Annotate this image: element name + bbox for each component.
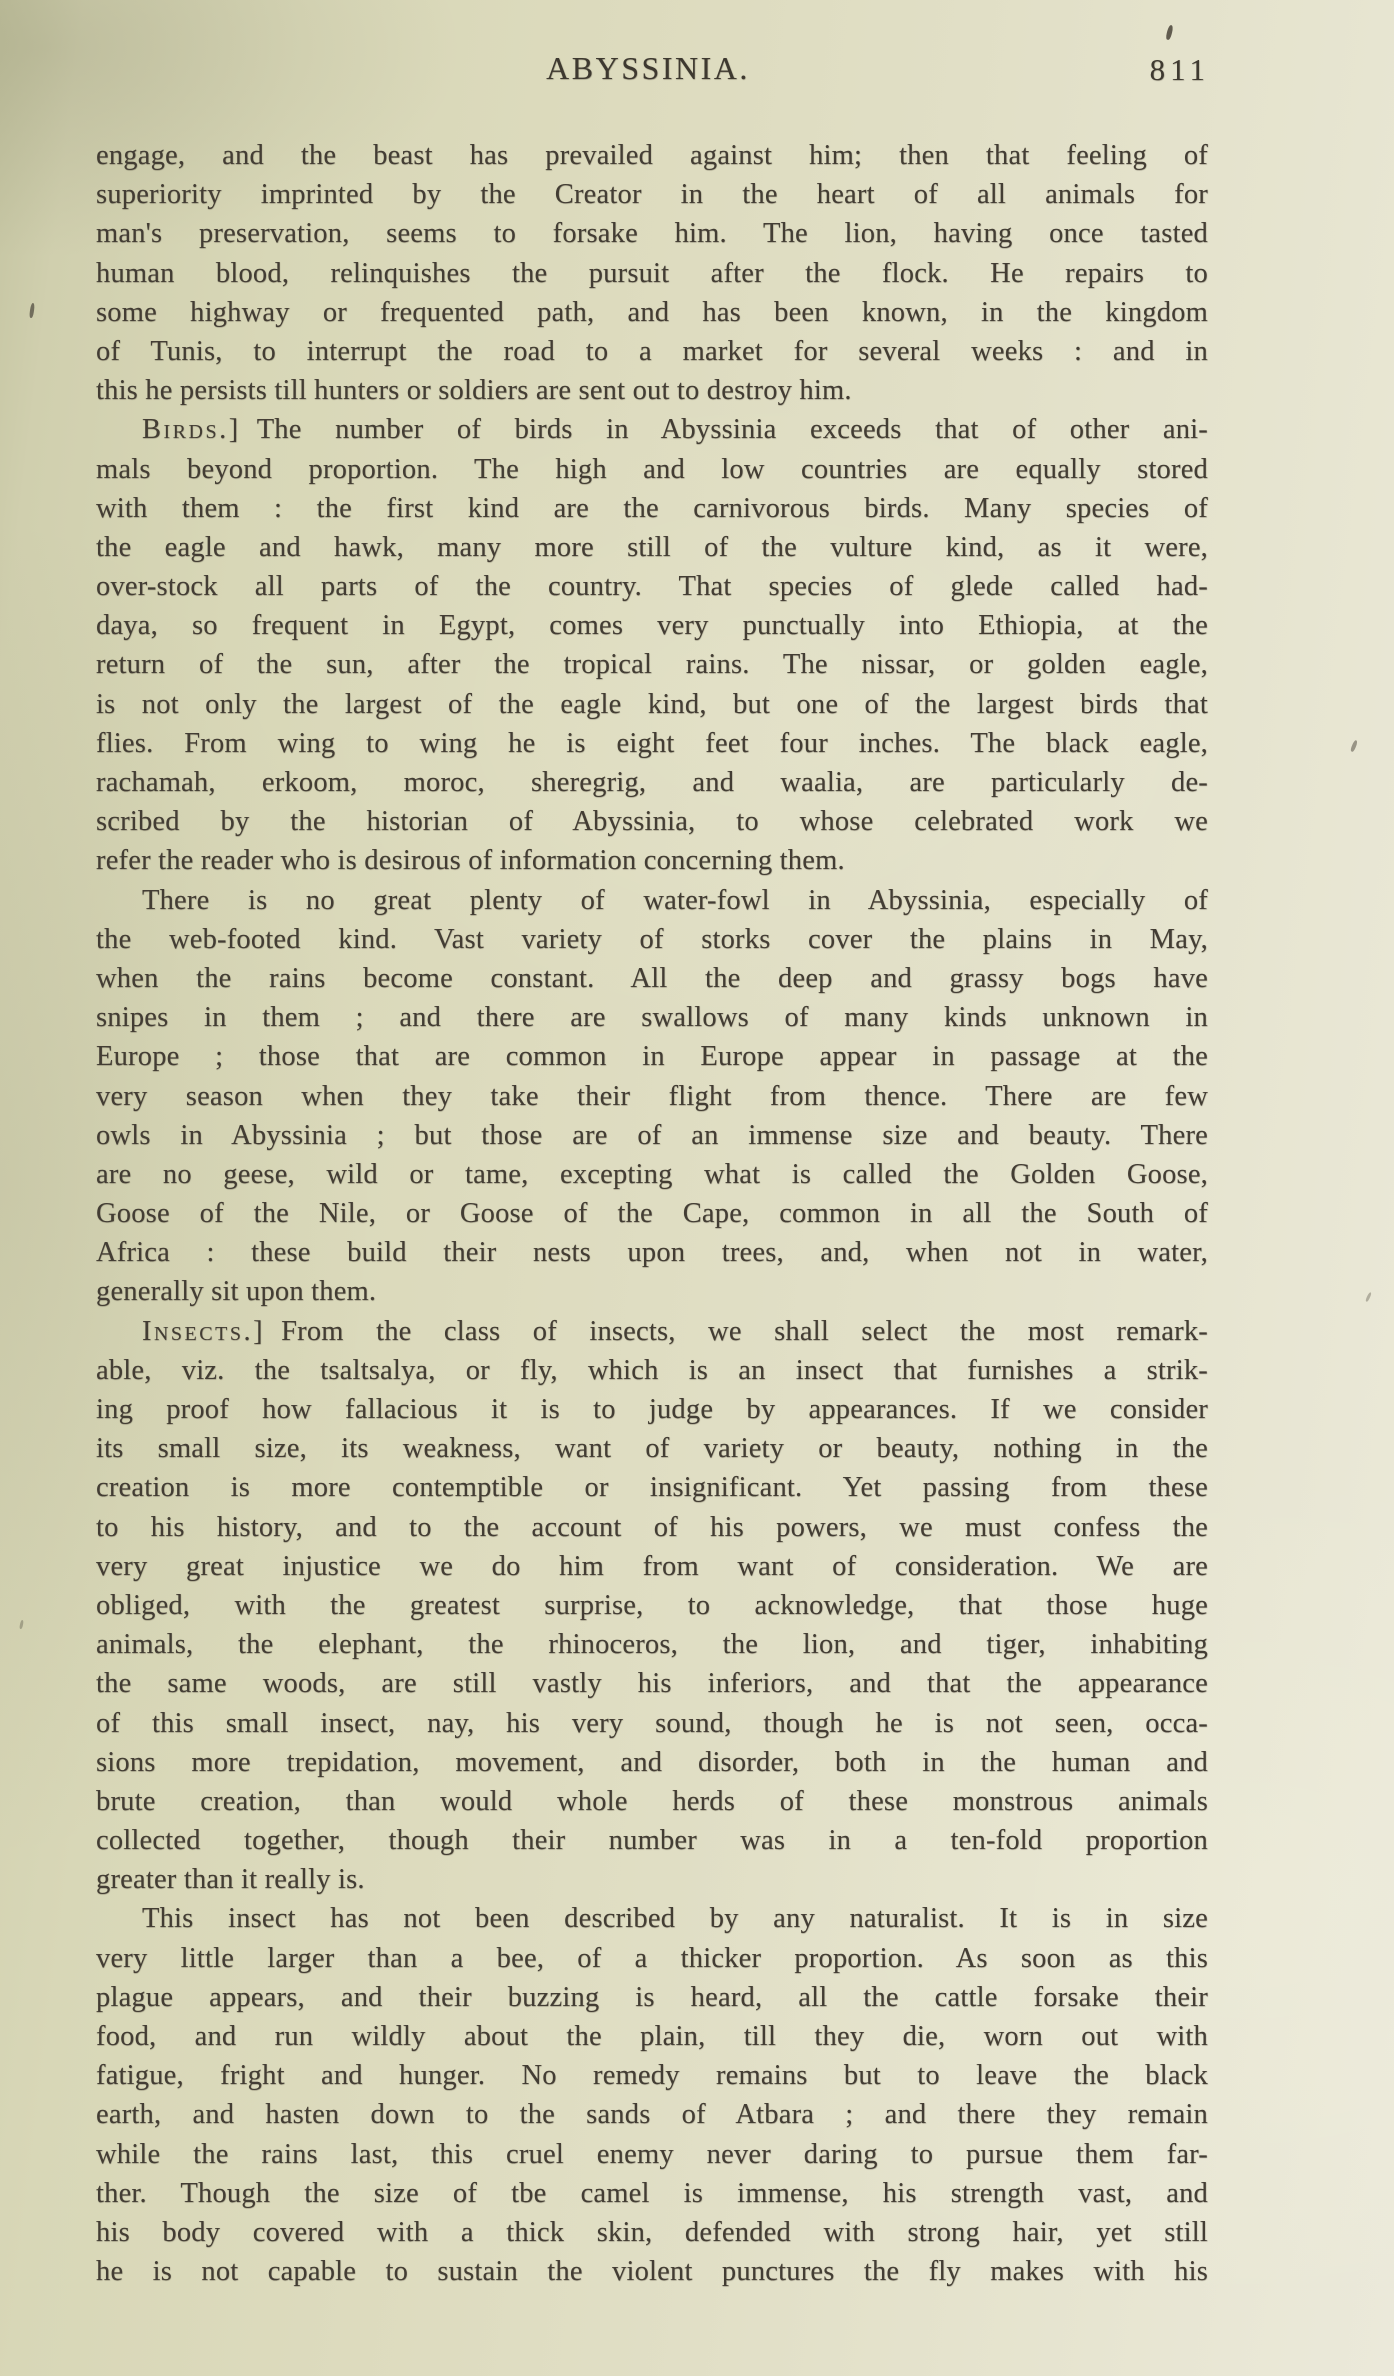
- text-line: very season when they take their flight …: [96, 1077, 1208, 1116]
- text-line: the web-footed kind. Vast variety of sto…: [96, 920, 1208, 959]
- text-line: his body covered with a thick skin, defe…: [96, 2213, 1208, 2252]
- text-line: he is not capable to sustain the violent…: [96, 2252, 1208, 2291]
- text-line: the same woods, are still vastly his inf…: [96, 1664, 1208, 1703]
- text-line: man's preservation, seems to forsake him…: [96, 214, 1208, 253]
- text-line: this he persists till hunters or soldier…: [96, 371, 1208, 410]
- text-line: mals beyond proportion. The high and low…: [96, 450, 1208, 489]
- text-line: animals, the elephant, the rhinoceros, t…: [96, 1625, 1208, 1664]
- text-line: over-stock all parts of the country. Tha…: [96, 567, 1208, 606]
- text-line: the eagle and hawk, many more still of t…: [96, 528, 1208, 567]
- text-line: Africa : these build their nests upon tr…: [96, 1233, 1208, 1272]
- text-line: obliged, with the greatest surprise, to …: [96, 1586, 1208, 1625]
- text-line: of Tunis, to interrupt the road to a mar…: [96, 332, 1208, 371]
- text-line: ing proof how fallacious it is to judge …: [96, 1390, 1208, 1429]
- text-line: able, viz. the tsaltsalya, or fly, which…: [96, 1351, 1208, 1390]
- text-line: owls in Abyssinia ; but those are of an …: [96, 1116, 1208, 1155]
- text-line: to his history, and to the account of hi…: [96, 1508, 1208, 1547]
- text-line: greater than it really is.: [96, 1860, 1208, 1899]
- text-line: with them : the first kind are the carni…: [96, 489, 1208, 528]
- ink-speck: [19, 1620, 24, 1629]
- text-line: food, and run wildly about the plain, ti…: [96, 2017, 1208, 2056]
- text-line: brute creation, than would whole herds o…: [96, 1782, 1208, 1821]
- text-line: very great injustice we do him from want…: [96, 1547, 1208, 1586]
- text-line: superiority imprinted by the Creator in …: [96, 175, 1208, 214]
- text-line: of this small insect, nay, his very soun…: [96, 1704, 1208, 1743]
- text-line: scribed by the historian of Abyssinia, t…: [96, 802, 1208, 841]
- text-line: generally sit upon them.: [96, 1272, 1208, 1311]
- text-line: while the rains last, this cruel enemy n…: [96, 2135, 1208, 2174]
- text-line: is not only the largest of the eagle kin…: [96, 685, 1208, 724]
- text-line: flies. From wing to wing he is eight fee…: [96, 724, 1208, 763]
- text-line: return of the sun, after the tropical ra…: [96, 645, 1208, 684]
- text-line: fatigue, fright and hunger. No remedy re…: [96, 2056, 1208, 2095]
- ink-speck: [1165, 25, 1173, 41]
- ink-speck: [1365, 1292, 1372, 1302]
- text-line: daya, so frequent in Egypt, comes very p…: [96, 606, 1208, 645]
- text-line: very little larger than a bee, of a thic…: [96, 1939, 1208, 1978]
- text-line: refer the reader who is desirous of info…: [96, 841, 1208, 880]
- running-title: ABYSSINIA.: [0, 50, 1296, 87]
- text-line: ther. Though the size of tbe camel is im…: [96, 2174, 1208, 2213]
- text-line: plague appears, and their buzzing is hea…: [96, 1978, 1208, 2017]
- text-line: engage, and the beast has prevailed agai…: [96, 136, 1208, 175]
- text-column: engage, and the beast has prevailed agai…: [96, 136, 1208, 2291]
- text-line: Birds.]The number of birds in Abyssinia …: [96, 410, 1208, 449]
- text-line: sions more trepidation, movement, and di…: [96, 1743, 1208, 1782]
- scanned-book-page: ABYSSINIA. 811 engage, and the beast has…: [0, 0, 1394, 2376]
- text-line: when the rains become constant. All the …: [96, 959, 1208, 998]
- text-line: earth, and hasten down to the sands of A…: [96, 2095, 1208, 2134]
- text-line: its small size, its weakness, want of va…: [96, 1429, 1208, 1468]
- text-line: snipes in them ; and there are swallows …: [96, 998, 1208, 1037]
- text-line: Insects.]From the class of insects, we s…: [96, 1312, 1208, 1351]
- text-line: human blood, relinquishes the pursuit af…: [96, 254, 1208, 293]
- text-line: rachamah, erkoom, moroc, sheregrig, and …: [96, 763, 1208, 802]
- text-line: collected together, though their number …: [96, 1821, 1208, 1860]
- ink-speck: [1350, 740, 1358, 753]
- text-line: There is no great plenty of water-fowl i…: [96, 881, 1208, 920]
- ink-speck: [29, 303, 35, 318]
- section-heading: Insects.]: [142, 1316, 265, 1347]
- text-line: Goose of the Nile, or Goose of the Cape,…: [96, 1194, 1208, 1233]
- text-line: are no geese, wild or tame, excepting wh…: [96, 1155, 1208, 1194]
- section-heading: Birds.]: [142, 414, 241, 445]
- text-line: This insect has not been described by an…: [96, 1899, 1208, 1938]
- page-number: 811: [1110, 52, 1210, 88]
- text-line: some highway or frequented path, and has…: [96, 293, 1208, 332]
- text-line: creation is more contemptible or insigni…: [96, 1468, 1208, 1507]
- text-line: Europe ; those that are common in Europe…: [96, 1037, 1208, 1076]
